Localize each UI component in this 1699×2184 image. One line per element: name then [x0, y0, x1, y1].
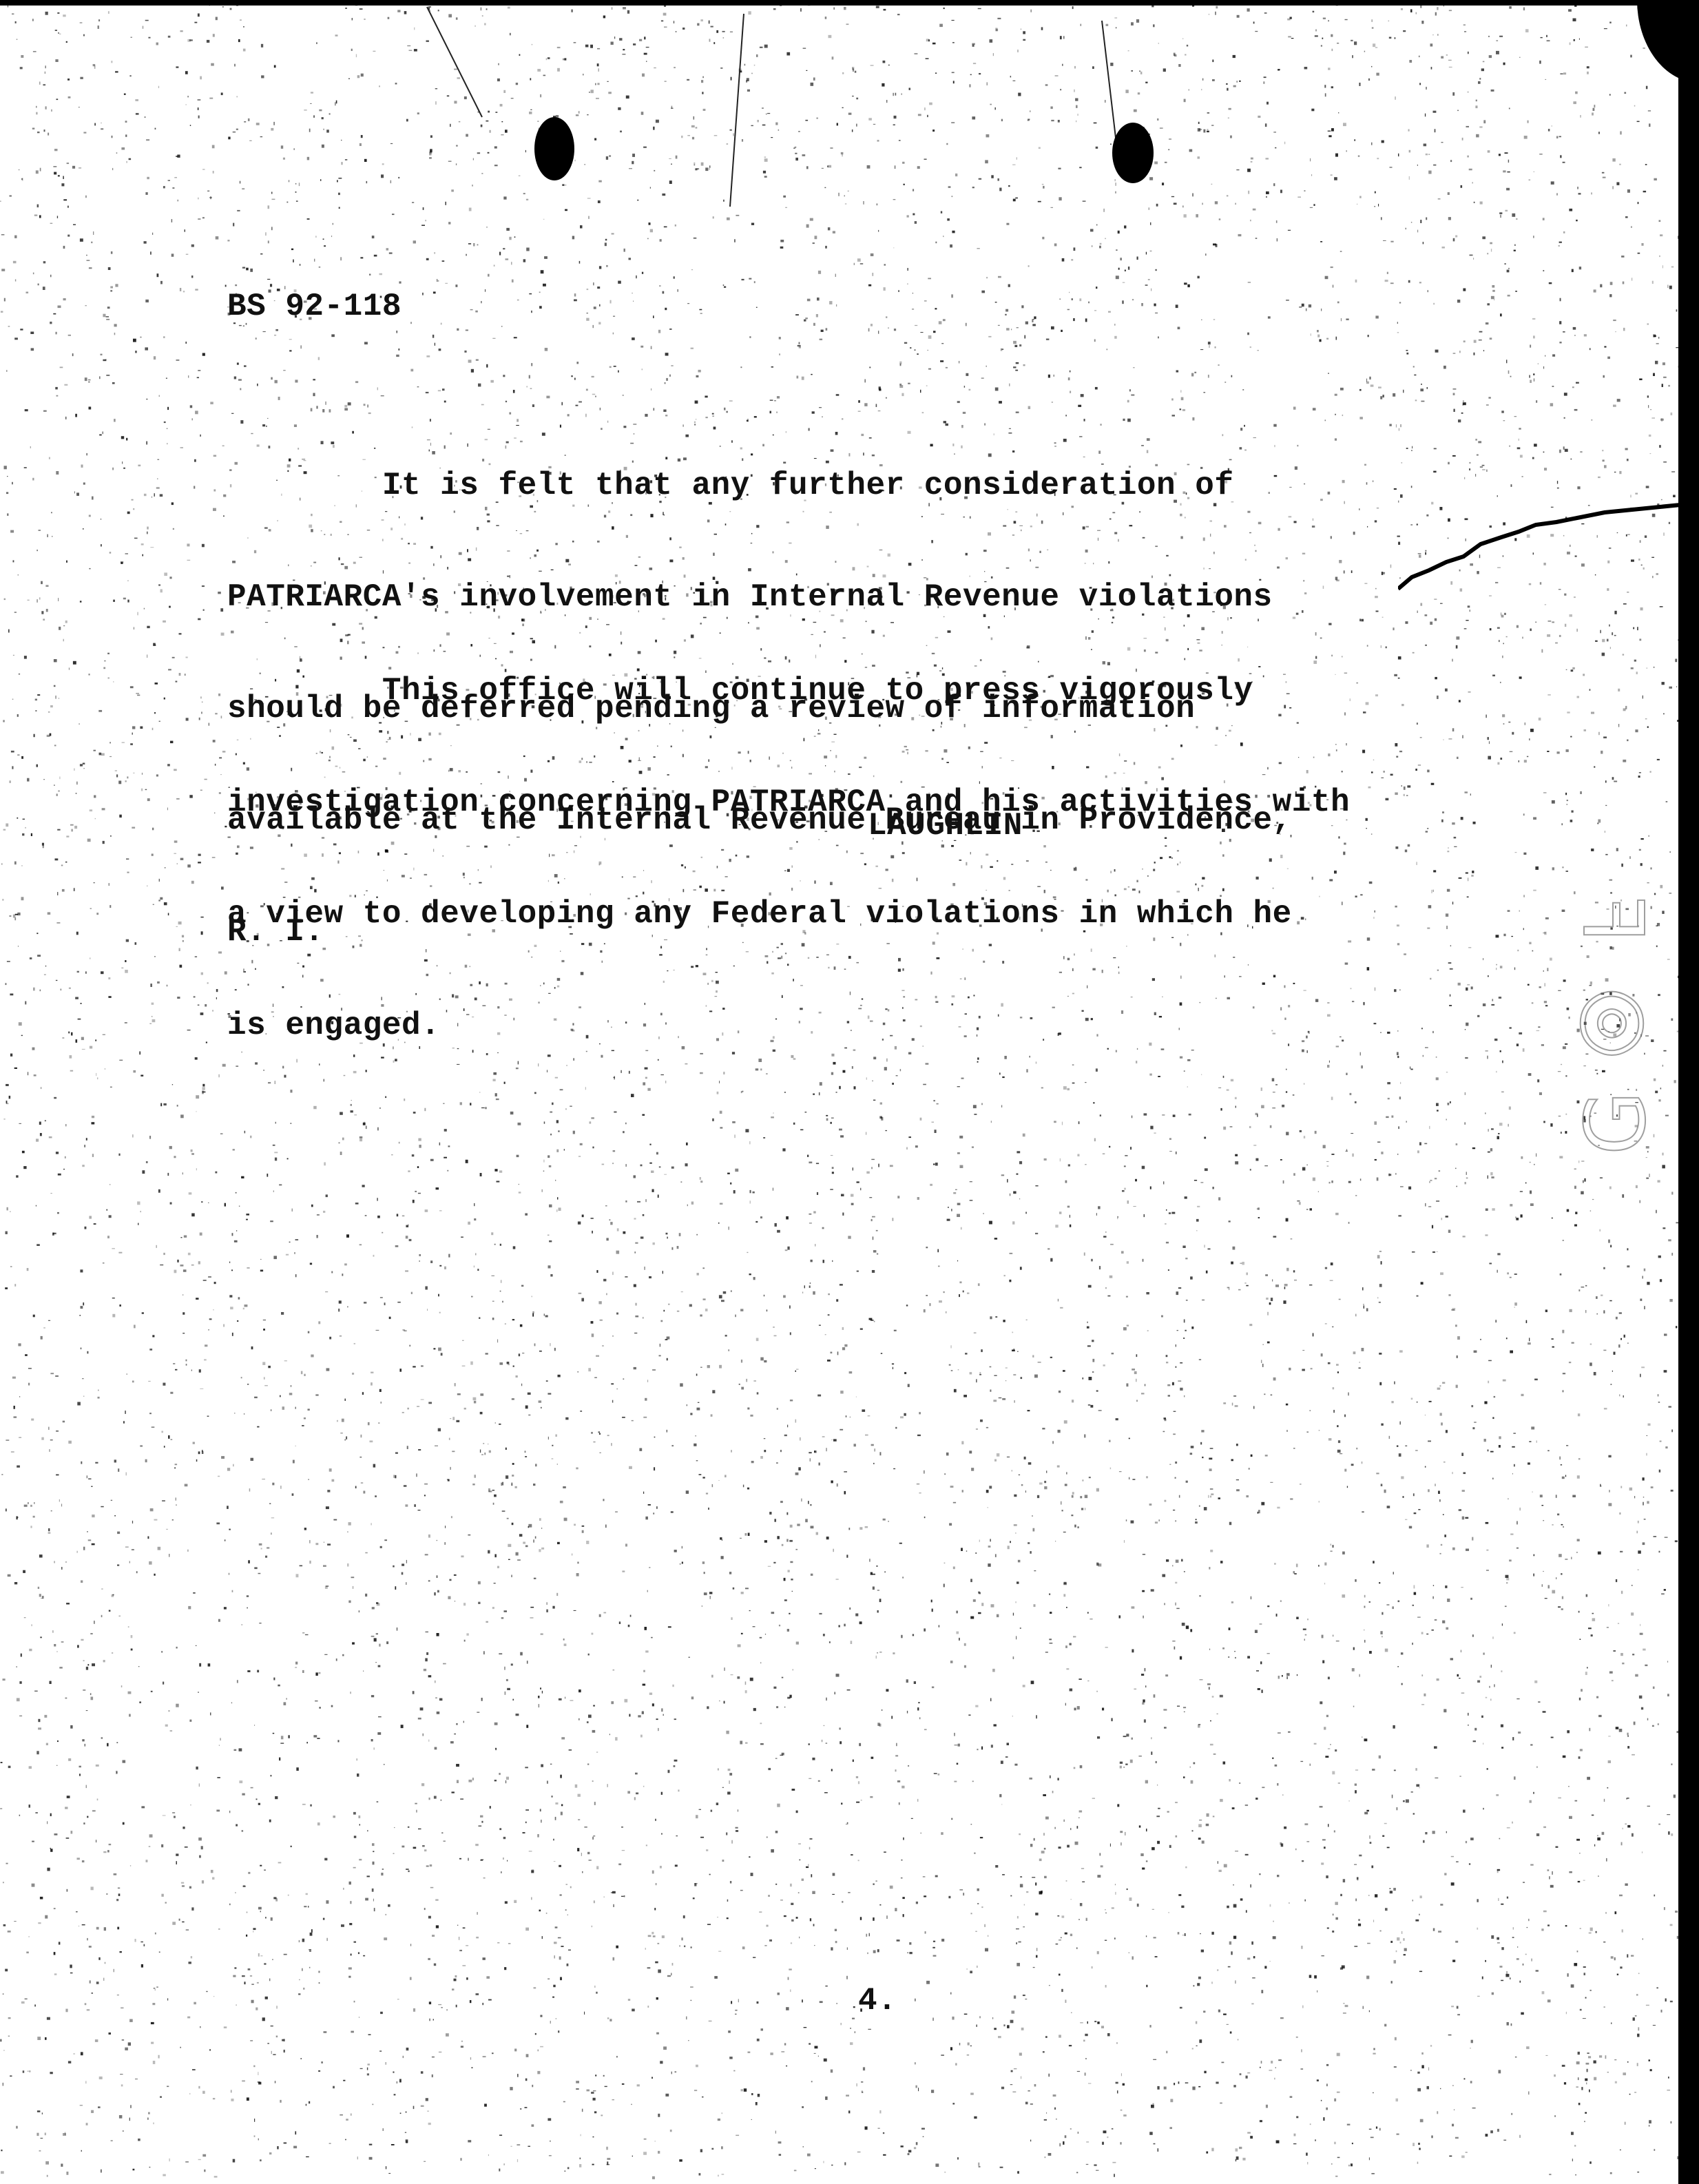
page-number: 4.: [858, 1982, 897, 2019]
paragraph-line: This office will continue to press vigor…: [227, 672, 1350, 709]
paragraph-line: is engaged.: [227, 1007, 1350, 1044]
document-page: BS 92-118 It is felt that any further co…: [0, 0, 1699, 2184]
paragraph-2: This office will continue to press vigor…: [227, 598, 1350, 1119]
margin-stamp: ꟻ ◎ ⅁: [1584, 895, 1639, 1557]
punch-hole-left: [534, 117, 574, 180]
file-number: BS 92-118: [227, 288, 402, 325]
paragraph-line: a view to developing any Federal violati…: [227, 895, 1350, 933]
paragraph-line: It is felt that any further consideratio…: [227, 467, 1292, 504]
punch-hole-right: [1112, 123, 1154, 183]
scan-border-top: [0, 0, 1699, 6]
paper-tear-line: [1398, 496, 1699, 592]
paragraph-line: investigation concerning PATRIARCA and h…: [227, 784, 1350, 821]
signature-name: LAUGHLIN: [868, 807, 1023, 844]
scan-border-right: [1678, 0, 1699, 2184]
